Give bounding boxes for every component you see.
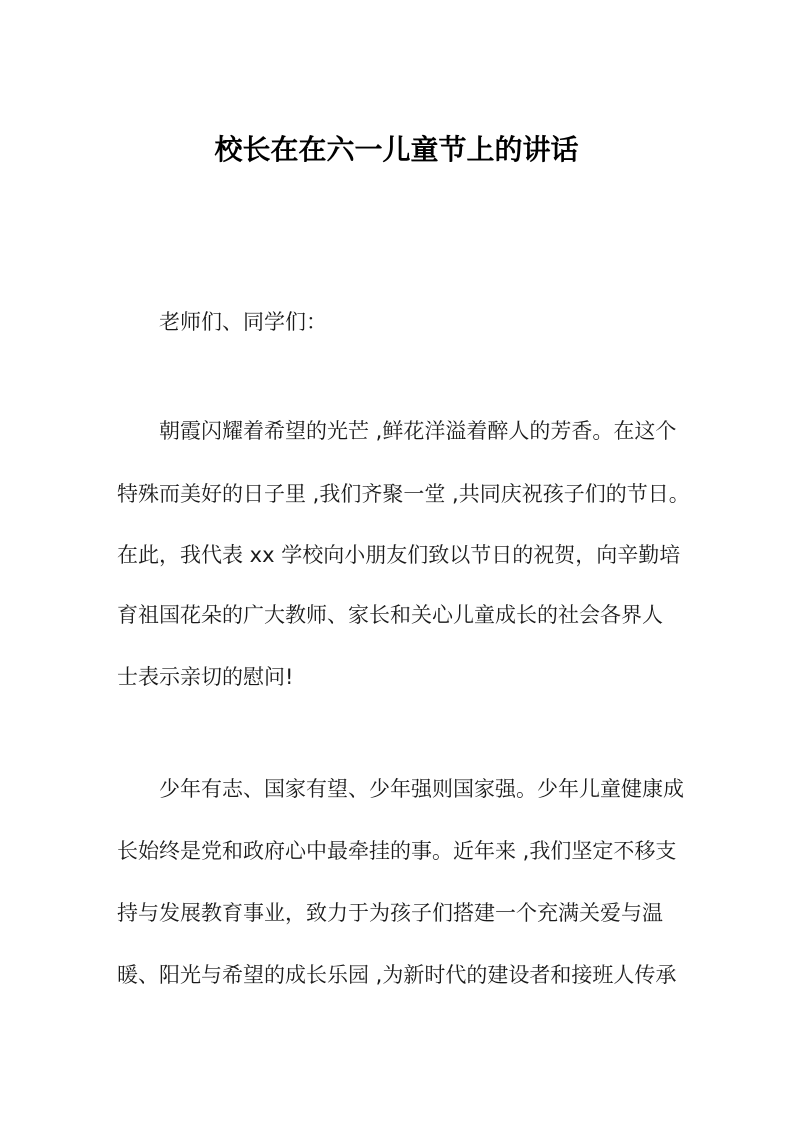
paragraph-line: 长始终是党和政府心中最牵挂的事。近年来 ,我们坚定不移支 <box>117 836 687 866</box>
paragraph-line: 少年有志、国家有望、少年强则国家强。少年儿童健康成 <box>159 774 687 804</box>
salutation: 老师们、同学们： <box>159 307 687 337</box>
paragraph-line: 暖、阳光与希望的成长乐园 ,为新时代的建设者和接班人传承 <box>117 960 687 990</box>
paragraph-line: 持与发展教育事业，致力于为孩子们搭建一个充满关爱与温 <box>117 898 687 928</box>
paragraph-line: 育祖国花朵的广大教师、家长和关心儿童成长的社会各界人 <box>117 600 687 630</box>
document-title: 校长在在六一儿童节上的讲话 <box>0 130 793 170</box>
document-page: 校长在在六一儿童节上的讲话 老师们、同学们： 朝霞闪耀着希望的光芒 ,鲜花洋溢着… <box>0 0 793 1122</box>
paragraph-line: 在此，我代表 xx 学校向小朋友们致以节日的祝贺，向辛勤培 <box>117 540 687 570</box>
paragraph-line: 特殊而美好的日子里 ,我们齐聚一堂 ,共同庆祝孩子们的节日。 <box>117 479 687 509</box>
paragraph-line: 士表示亲切的慰问! <box>117 662 687 692</box>
paragraph-line: 朝霞闪耀着希望的光芒 ,鲜花洋溢着醉人的芳香。在这个 <box>159 416 687 446</box>
